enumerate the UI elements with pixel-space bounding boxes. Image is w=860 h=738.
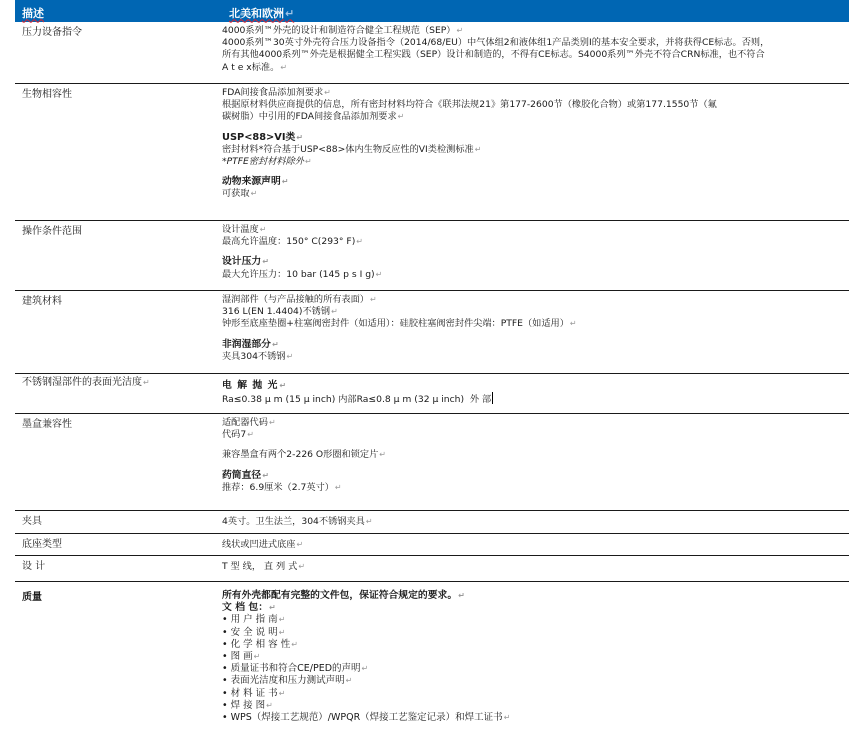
text-line: 密封材料*符合基于USP<88>体内生物反应性的VI类检测标准↵	[222, 144, 845, 156]
text: 设计压力	[222, 256, 261, 267]
table-row-clamp: 夹具 4英寸。卫生法兰，304不锈钢夹具↵	[15, 511, 849, 534]
text: 最大允许压力：10 bar (145 p s I g)	[222, 269, 375, 280]
text: 所有其他4000系列™外壳是根据健全工程实践（SEP）设计和制造的，不得有CE标…	[222, 49, 765, 60]
text-line: 设计温度↵	[222, 224, 845, 236]
row-label: 操作条件范围	[15, 221, 222, 290]
text: 钟形至底座垫圈+柱塞阀密封件（如适用）：硅胶柱塞阀密封件尖端：PTFE（如适用）	[222, 318, 569, 329]
text-line: 所有其他4000系列™外壳是根据健全工程实践（SEP）设计和制造的，不得有CE标…	[222, 49, 845, 61]
text: 碳树脂）中引用的FDA间接食品添加剂要求	[222, 111, 397, 122]
row-label-wrap: 不锈钢湿部件的表面光洁度↵	[15, 374, 222, 413]
table-row-design: 设 计 T 型 线， 直 列 式↵	[15, 556, 849, 582]
text: 材 料 证 书	[231, 688, 278, 699]
text: 文 档 包：	[222, 602, 268, 613]
text-line: Ra≤0.38 μ m (15 μ inch) 内部Ra≤0.8 μ m (32…	[222, 392, 845, 406]
text-line: 代码7↵	[222, 429, 845, 441]
header-label-region: 北美和欧洲	[229, 7, 284, 20]
table-row-materials: 建筑材料 湿润部件（与产品接触的所有表面）↵ 316 L(EN 1.4404)不…	[15, 291, 849, 374]
paragraph-mark-icon: ↵	[247, 430, 254, 439]
text: WPS（焊接工艺规范）/WPQR（焊接工艺鉴定记录）和焊工证书	[231, 712, 503, 723]
paragraph-mark-icon: ↵	[570, 319, 577, 328]
text: 表面光洁度和压力测试声明	[231, 675, 345, 686]
paragraph-mark-icon: ↵	[272, 340, 279, 349]
paragraph-mark-icon: ↵	[260, 225, 267, 234]
row-label: 墨盒兼容性	[15, 414, 222, 510]
text: 最高允许温度：150° C(293° F)	[222, 236, 355, 247]
text-line: 夹具304不锈钢↵	[222, 351, 845, 363]
list-item: • 材 料 证 书↵	[222, 688, 845, 700]
text: 4000系列™30英寸外壳符合压力设备指令（2014/68/EU）中气体组2和液…	[222, 37, 769, 48]
row-content: 线状或凹进式底座↵	[222, 534, 849, 555]
table-row-surface-finish: 不锈钢湿部件的表面光洁度↵ 电 解 抛 光↵ Ra≤0.38 μ m (15 μ…	[15, 374, 849, 414]
header-label-description: 描述	[22, 7, 44, 20]
row-content: 电 解 抛 光↵ Ra≤0.38 μ m (15 μ inch) 内部Ra≤0.…	[222, 374, 849, 413]
text-line: 316 L(EN 1.4404)不锈钢↵	[222, 306, 845, 318]
row-content: FDA间接食品添加剂要求↵ 根据原材料供应商提供的信息，所有密封材料均符合《联邦…	[222, 84, 849, 220]
text: 安 全 说 明	[231, 627, 278, 638]
paragraph-mark-icon: ↵	[266, 701, 273, 710]
text: 线状或凹进式底座	[222, 539, 296, 550]
text: 4000系列™外壳的设计和制造符合健全工程规范（SEP）	[222, 25, 456, 36]
text: 代码7	[222, 429, 246, 440]
text: 4英寸。卫生法兰，304不锈钢夹具	[222, 516, 365, 527]
text-line: A t e x标准。↵	[222, 62, 845, 74]
paragraph-mark-icon: ↵	[296, 133, 303, 142]
text-line: 线状或凹进式底座↵	[222, 539, 845, 551]
paragraph-mark-icon: ↵	[379, 450, 386, 459]
text-line: 湿润部件（与产品接触的所有表面）↵	[222, 294, 845, 306]
paragraph-mark-icon: ↵	[324, 88, 331, 97]
table-row-base-type: 底座类型 线状或凹进式底座↵	[15, 534, 849, 556]
paragraph-mark-icon: ↵	[356, 237, 363, 246]
text-line: 兼容墨盒有两个2-226 O形圈和锁定片↵	[222, 449, 845, 461]
text: 湿润部件（与产品接触的所有表面）	[222, 294, 369, 305]
paragraph-mark-icon: ↵	[297, 540, 304, 549]
list-item: • 质量证书和符合CE/PED的声明↵	[222, 663, 845, 675]
paragraph-mark-icon: ↵	[362, 664, 369, 673]
header-cell-description: 描述	[15, 2, 229, 21]
text: A t e x标准。	[222, 62, 279, 73]
text: 密封材料*符合基于USP<88>体内生物反应性的VI类检测标准	[222, 144, 474, 155]
text-cursor	[492, 392, 493, 404]
paragraph-mark-icon: ↵	[475, 145, 482, 154]
text: 316 L(EN 1.4404)不锈钢	[222, 306, 330, 317]
paragraph-mark-icon: ↵	[279, 628, 286, 637]
row-content: 适配器代码↵ 代码7↵ 兼容墨盒有两个2-226 O形圈和锁定片↵ 药筒直径↵ …	[222, 414, 849, 510]
paragraph-mark-icon: ↵	[458, 591, 465, 600]
text: 兼容墨盒有两个2-226 O形圈和锁定片	[222, 449, 378, 460]
text: 焊 接 图	[231, 700, 266, 711]
row-label: 建筑材料	[15, 291, 222, 373]
text: T 型 线， 直 列 式	[222, 561, 297, 572]
text-line: *PTFE密封材料除外↵	[222, 156, 845, 168]
paragraph-mark-icon: ↵	[269, 418, 276, 427]
text: 非润湿部分	[222, 339, 271, 350]
row-label: 不锈钢湿部件的表面光洁度	[22, 377, 142, 388]
paragraph-mark-icon: ↵	[262, 471, 269, 480]
text-line: 可获取↵	[222, 188, 845, 200]
text: 化 学 相 容 性	[231, 639, 291, 650]
text: 图 画	[231, 651, 253, 662]
spec-table: 描述 北美和欧洲↵ 压力设备指令 4000系列™外壳的设计和制造符合健全工程规范…	[15, 0, 849, 738]
paragraph-mark-icon: ↵	[366, 517, 373, 526]
row-label: 设 计	[15, 556, 222, 581]
text-line: 动物来源声明↵	[222, 176, 845, 188]
text-line: 4000系列™30英寸外壳符合压力设备指令（2014/68/EU）中气体组2和液…	[222, 37, 845, 49]
text: 推荐：6.9厘米（2.7英寸）	[222, 482, 334, 493]
paragraph-mark-icon: ↵	[305, 157, 312, 166]
usp-note: *PTFE密封材料除外	[222, 156, 304, 167]
animal-title: 动物来源声明	[222, 176, 281, 187]
text-line: 所有外壳都配有完整的文件包，保证符合规定的要求。↵	[222, 590, 845, 602]
text-line: 推荐：6.9厘米（2.7英寸）↵	[222, 482, 845, 494]
paragraph-mark-icon: ↵	[331, 307, 338, 316]
list-item: • 图 画↵	[222, 651, 845, 663]
paragraph-mark-icon: ↵	[335, 483, 342, 492]
row-label: 生物相容性	[15, 84, 222, 220]
text-line: 最高允许温度：150° C(293° F)↵	[222, 236, 845, 248]
text-line: 根据原材料供应商提供的信息，所有密封材料均符合《联邦法规21》第177-2600…	[222, 99, 845, 111]
text-line: USP<88>VI类↵	[222, 132, 845, 144]
header-cell-region: 北美和欧洲↵	[229, 2, 849, 21]
text-line: FDA间接食品添加剂要求↵	[222, 87, 845, 99]
text-line: 碳树脂）中引用的FDA间接食品添加剂要求↵	[222, 111, 845, 123]
row-label: 压力设备指令	[15, 22, 222, 83]
table-row-cartridge-compatibility: 墨盒兼容性 适配器代码↵ 代码7↵ 兼容墨盒有两个2-226 O形圈和锁定片↵ …	[15, 414, 849, 511]
list-item: • 安 全 说 明↵	[222, 627, 845, 639]
paragraph-mark-icon: ↵	[251, 189, 258, 198]
text-line: 设计压力↵	[222, 256, 845, 268]
paragraph-mark-icon: ↵	[291, 640, 298, 649]
paragraph-mark-icon: ↵	[262, 257, 269, 266]
usp-title: USP<88>VI类	[222, 132, 295, 143]
list-item: • 表面光洁度和压力测试声明↵	[222, 675, 845, 687]
text-line: 钟形至底座垫圈+柱塞阀密封件（如适用）：硅胶柱塞阀密封件尖端：PTFE（如适用）…	[222, 318, 845, 330]
text: 药筒直径	[222, 470, 261, 481]
row-content: T 型 线， 直 列 式↵	[222, 556, 849, 581]
paragraph-mark-icon: ↵	[279, 381, 287, 390]
text: 设计温度	[222, 224, 259, 235]
text: 质量证书和符合CE/PED的声明	[231, 663, 361, 674]
list-item: • WPS（焊接工艺规范）/WPQR（焊接工艺鉴定记录）和焊工证书↵	[222, 712, 845, 724]
text: 用 户 指 南	[231, 614, 278, 625]
row-label: 质量	[15, 582, 222, 738]
text: 可获取	[222, 188, 250, 199]
text-line: 药筒直径↵	[222, 470, 845, 482]
text: 所有外壳都配有完整的文件包，保证符合规定的要求。	[222, 590, 457, 601]
paragraph-mark-icon: ↵	[504, 713, 511, 722]
paragraph-mark-icon: ↵	[279, 615, 286, 624]
row-label: 底座类型	[15, 534, 222, 555]
row-content: 湿润部件（与产品接触的所有表面）↵ 316 L(EN 1.4404)不锈钢↵ 钟…	[222, 291, 849, 373]
list-item: • 焊 接 图↵	[222, 700, 845, 712]
text-line: 适配器代码↵	[222, 417, 845, 429]
paragraph-mark-icon: ↵	[398, 112, 405, 121]
paragraph-mark-icon: ↵	[457, 26, 464, 35]
paragraph-mark-icon: ↵	[143, 378, 150, 387]
list-item: • 用 户 指 南↵	[222, 614, 845, 626]
row-content: 设计温度↵ 最高允许温度：150° C(293° F)↵ 设计压力↵ 最大允许压…	[222, 221, 849, 290]
text-line: 非润湿部分↵	[222, 339, 845, 351]
table-header: 描述 北美和欧洲↵	[15, 0, 849, 22]
text-line: 4英寸。卫生法兰，304不锈钢夹具↵	[222, 516, 845, 528]
paragraph-mark-icon: ↵	[370, 295, 377, 304]
fda-title: FDA间接食品添加剂要求	[222, 87, 323, 98]
text-line: 电 解 抛 光↵	[222, 380, 845, 392]
paragraph-mark-icon: ↵	[269, 603, 276, 612]
paragraph-mark-icon: ↵	[279, 689, 286, 698]
table-row-pressure-directive: 压力设备指令 4000系列™外壳的设计和制造符合健全工程规范（SEP）↵ 400…	[15, 22, 849, 84]
paragraph-mark-icon: ↵	[282, 177, 289, 186]
text-line: 最大允许压力：10 bar (145 p s I g)↵	[222, 269, 845, 281]
text: 适配器代码	[222, 417, 268, 428]
paragraph-mark-icon: ↵	[346, 676, 353, 685]
text-line: 文 档 包：↵	[222, 602, 845, 614]
row-label: 夹具	[15, 511, 222, 533]
row-content: 所有外壳都配有完整的文件包，保证符合规定的要求。↵ 文 档 包：↵ • 用 户 …	[222, 582, 849, 738]
table-row-biocompatibility: 生物相容性 FDA间接食品添加剂要求↵ 根据原材料供应商提供的信息，所有密封材料…	[15, 84, 849, 221]
text-line: 4000系列™外壳的设计和制造符合健全工程规范（SEP）↵	[222, 25, 845, 37]
paragraph-mark-icon: ↵	[376, 270, 383, 279]
paragraph-mark-icon: ↵	[298, 562, 305, 571]
row-content: 4英寸。卫生法兰，304不锈钢夹具↵	[222, 511, 849, 533]
table-row-quality: 质量 所有外壳都配有完整的文件包，保证符合规定的要求。↵ 文 档 包：↵ • 用…	[15, 582, 849, 738]
text: 电 解 抛 光	[222, 380, 278, 391]
row-content: 4000系列™外壳的设计和制造符合健全工程规范（SEP）↵ 4000系列™30英…	[222, 22, 849, 83]
text: 夹具304不锈钢	[222, 351, 285, 362]
document-list: • 用 户 指 南↵ • 安 全 说 明↵ • 化 学 相 容 性↵ • 图 画…	[222, 614, 845, 724]
paragraph-mark-icon: ↵	[285, 7, 294, 20]
paragraph-mark-icon: ↵	[254, 652, 261, 661]
list-item: • 化 学 相 容 性↵	[222, 639, 845, 651]
text-line: T 型 线， 直 列 式↵	[222, 561, 845, 573]
text: Ra≤0.38 μ m (15 μ inch) 内部Ra≤0.8 μ m (32…	[222, 394, 491, 405]
text: 根据原材料供应商提供的信息，所有密封材料均符合《联邦法规21》第177-2600…	[222, 99, 717, 110]
table-row-operating-conditions: 操作条件范围 设计温度↵ 最高允许温度：150° C(293° F)↵ 设计压力…	[15, 221, 849, 291]
paragraph-mark-icon: ↵	[286, 352, 293, 361]
paragraph-mark-icon: ↵	[280, 63, 287, 72]
